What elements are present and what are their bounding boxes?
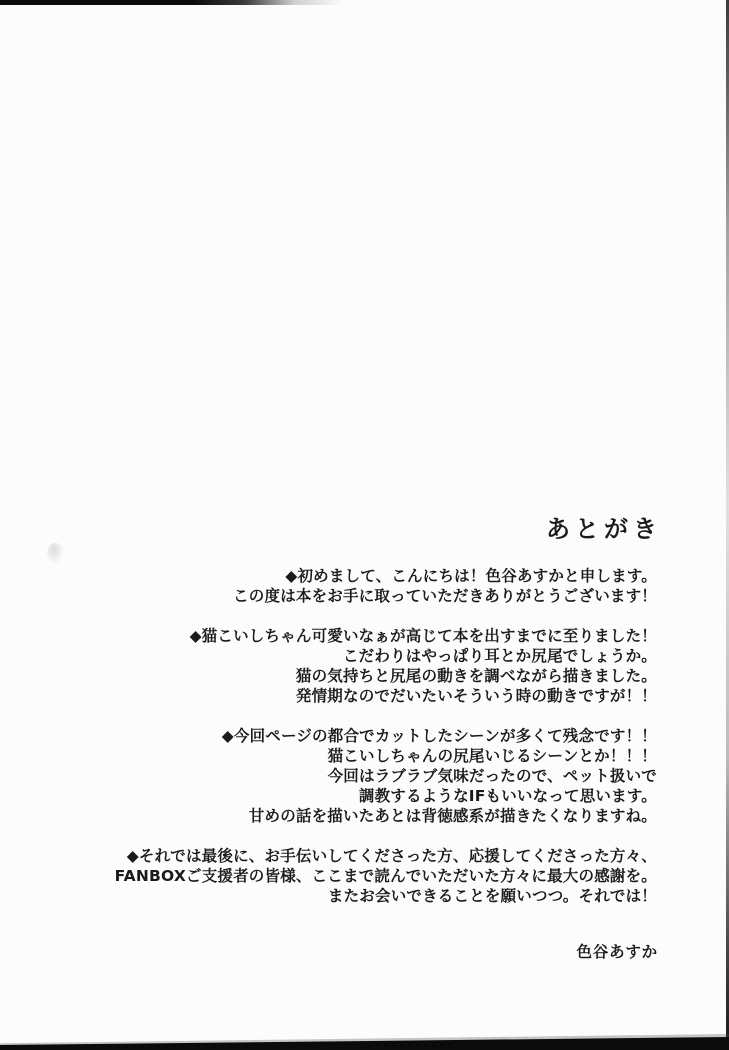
text-line: またお会いできることを願いつつ。それでは！ (328, 887, 657, 905)
text-line: 甘めの話を描いたあとは背徳感系が描きたくなりますね。 (249, 807, 657, 825)
text-line: FANBOXご支援者の皆様、ここまで読んでいただいた方々に最大の感謝を。 (115, 867, 657, 885)
afterword-text-block: あとがき ◆初めまして、こんにちは！色谷あすかと申します。 この度は本をお手に取… (40, 516, 657, 962)
text-line: ◆それでは最後に、お手伝いしてくださった方、応援してくださった方々、 (127, 847, 657, 865)
top-scan-edge-artifact (0, 0, 350, 5)
text-line: 今回はラブラブ気味だったので、ペット扱いで (328, 767, 657, 785)
afterword-title: あとがき (40, 516, 662, 542)
text-line: 調教するようなIFもいいなって思います。 (359, 787, 657, 805)
afterword-paragraph: ◆それでは最後に、お手伝いしてくださった方、応援してくださった方々、 FANBO… (40, 846, 657, 906)
scanned-afterword-page: あとがき ◆初めまして、こんにちは！色谷あすかと申します。 この度は本をお手に取… (0, 0, 729, 1050)
text-line: ◆初めまして、こんにちは！色谷あすかと申します。 (285, 567, 657, 585)
text-line: 猫の気持ちと尻尾の動きを調べながら描きました。 (296, 667, 657, 685)
text-line: 猫こいしちゃんの尻尾いじるシーンとか！！！ (328, 747, 657, 765)
text-line: 発情期なのでだいたいそういう時の動きですが！！ (296, 687, 657, 705)
text-line: こだわりはやっぱり耳とか尻尾でしょうか。 (343, 647, 657, 665)
afterword-paragraph: ◆猫こいしちゃん可愛いなぁが高じて本を出すまでに至りました！ こだわりはやっぱり… (40, 626, 657, 706)
text-line: ◆今回ページの都合でカットしたシーンが多くて残念です！！ (222, 727, 657, 745)
afterword-paragraph: ◆今回ページの都合でカットしたシーンが多くて残念です！！ 猫こいしちゃんの尻尾い… (40, 726, 657, 826)
text-line: この度は本をお手に取っていただきありがとうございます！ (233, 587, 657, 605)
author-signature: 色谷あすか (40, 942, 658, 962)
afterword-paragraph: ◆初めまして、こんにちは！色谷あすかと申します。 この度は本をお手に取っていただ… (40, 566, 657, 606)
text-line: ◆猫こいしちゃん可愛いなぁが高じて本を出すまでに至りました！ (190, 627, 657, 645)
